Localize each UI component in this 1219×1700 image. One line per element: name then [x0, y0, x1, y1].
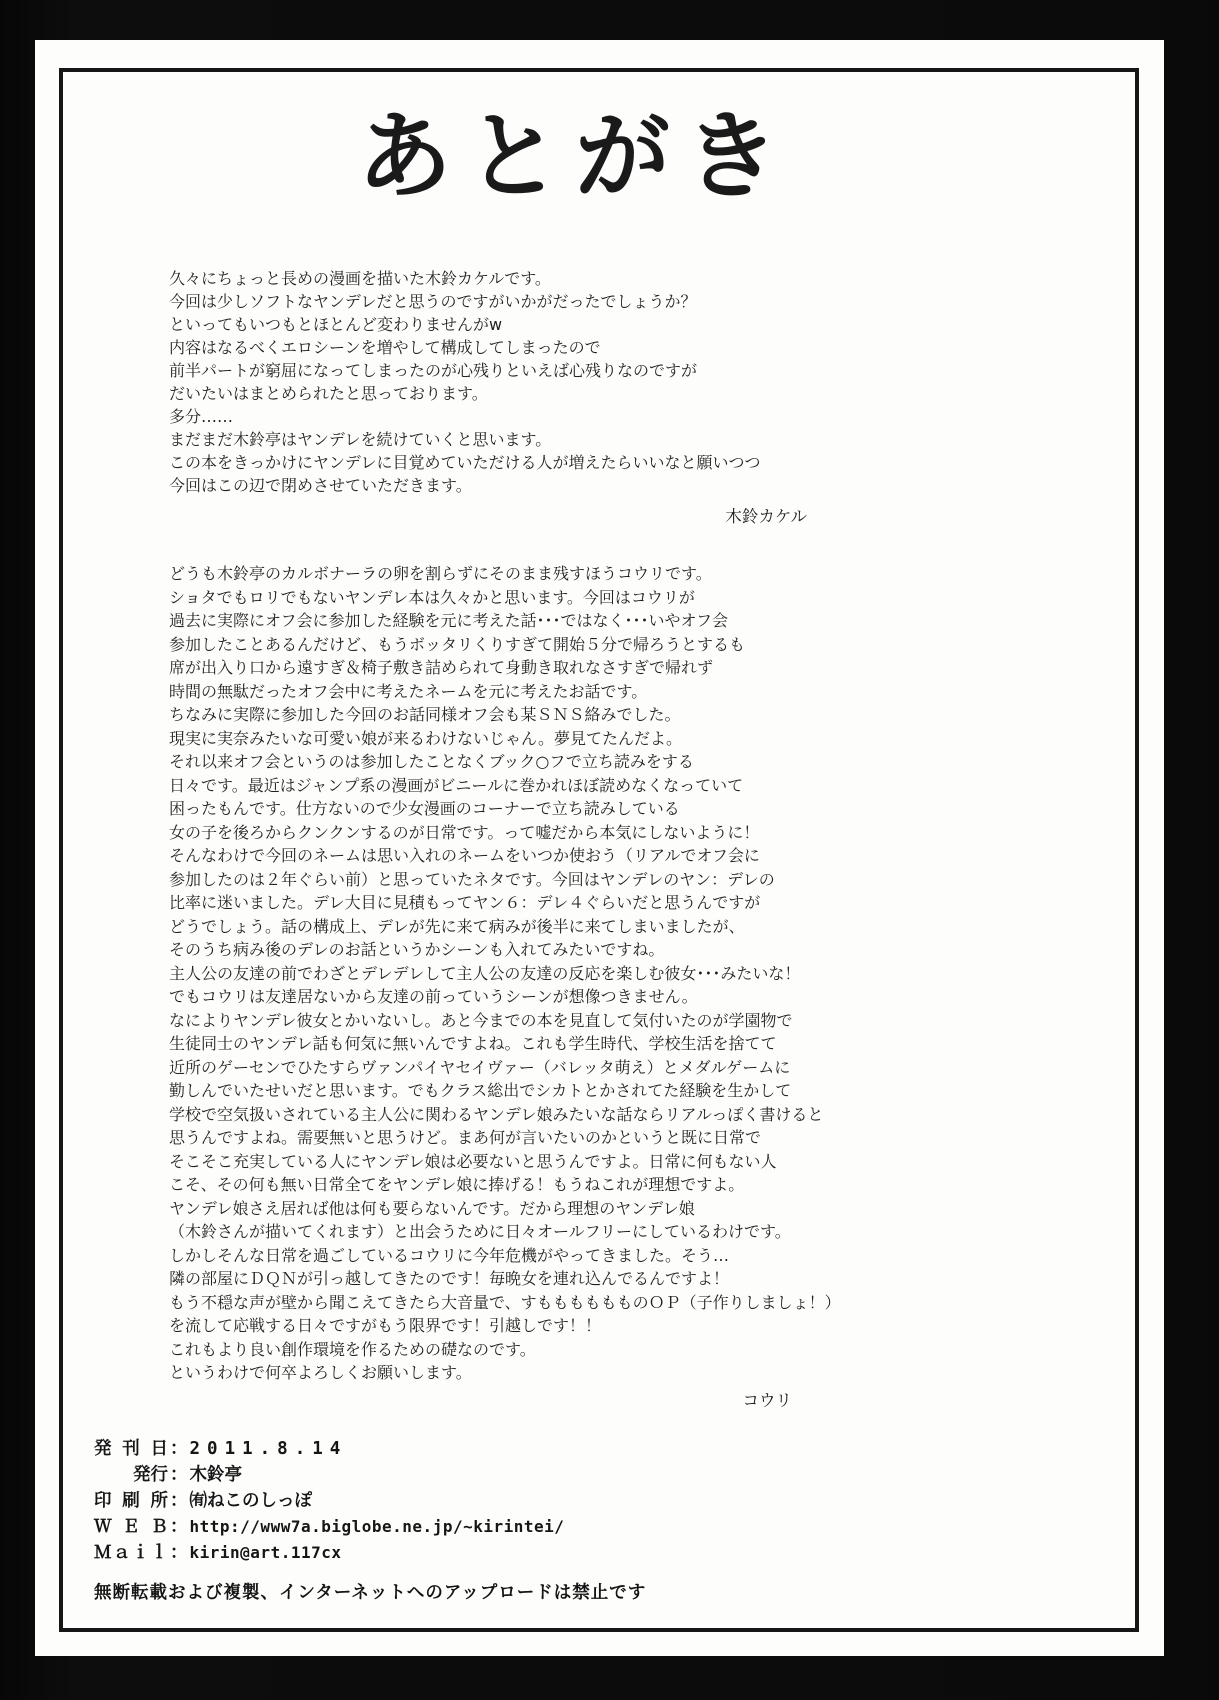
- text-line: それ以来オフ会というのは参加したことなくブック○フで立ち読みをする: [169, 750, 1095, 774]
- copyright-notice: 無断転載および複製、インターネットへのアップロードは禁止です: [63, 1579, 1135, 1604]
- publication-label: 発刊日: [94, 1436, 168, 1462]
- text-line: まだまだ木鈴亭はヤンデレを続けていくと思います。: [169, 428, 1095, 451]
- paper: あとがき 久々にちょっと長めの漫画を描いた木鈴カケルです。今回は少しソフトなヤン…: [35, 40, 1164, 1656]
- text-line: 席が出入り口から遠すぎ＆椅子敷き詰められて身動き取れなさすぎで帰れず: [169, 656, 1095, 680]
- text-line: でもコウリは友達居ないから友達の前っていうシーンが想像つきません。: [169, 985, 1095, 1009]
- publication-separator: ：: [168, 1540, 190, 1566]
- text-line: 久々にちょっと長めの漫画を描いた木鈴カケルです。: [169, 267, 1095, 290]
- text-line: 日々です。最近はジャンプ系の漫画がビニールに巻かれほぼ読めなくなっていて: [169, 774, 1095, 798]
- text-line: 困ったもんです。仕方ないので少女漫画のコーナーで立ち読みしている: [169, 797, 1095, 821]
- text-line: 近所のゲーセンでひたすらヴァンパイヤセイヴァー（バレッタ萌え）とメダルゲームに: [169, 1056, 1095, 1080]
- text-line: どうでしょう。話の構成上、デレが先に来て病みが後半に来てしまいましたが、: [169, 915, 1095, 939]
- text-line: これもより良い創作環境を作るための礎なのです。: [169, 1338, 1095, 1362]
- text-line: なによりヤンデレ彼女とかいないし。あと今までの本を見直して気付いたのが学園物で: [169, 1009, 1095, 1033]
- publication-value: 木鈴亭: [190, 1465, 243, 1485]
- text-line: しかしそんな日常を過ごしているコウリに今年危機がやってきました。そう…: [169, 1244, 1095, 1268]
- text-line: （木鈴さんが描いてくれます）と出会うために日々オールフリーにしているわけです。: [169, 1220, 1095, 1244]
- text-line: 今回は少しソフトなヤンデレだと思うのですがいかがだったでしょうか？: [169, 290, 1095, 313]
- text-line: 学校で空気扱いされている主人公に関わるヤンデレ娘みたいな話ならリアルっぽく書ける…: [169, 1103, 1095, 1127]
- publication-row: Ｍａｉｌ：kirin@art.117cx: [94, 1540, 1135, 1566]
- text-line: そんなわけで今回のネームは思い入れのネームをいつか使おう（リアルでオフ会に: [169, 844, 1095, 868]
- text-line: ヤンデレ娘さえ居れば他は何も要らないんです。だから理想のヤンデレ娘: [169, 1197, 1095, 1221]
- text-line: 隣の部屋にＤＱＮが引っ越してきたのです！毎晩女を連れ込んでるんですよ！: [169, 1267, 1095, 1291]
- publication-value: http://www7a.biglobe.ne.jp/~kirintei/: [190, 1517, 565, 1536]
- text-line: 比率に迷いました。デレ大目に見積もってヤン６：デレ４ぐらいだと思うんですが: [169, 891, 1095, 915]
- publication-row: 印刷所：㈲ねこのしっぽ: [94, 1488, 1135, 1514]
- afterword-paragraph-kakeru: 久々にちょっと長めの漫画を描いた木鈴カケルです。今回は少しソフトなヤンデレだと思…: [63, 267, 1135, 497]
- signature-kouri: コウリ: [63, 1389, 1135, 1412]
- text-line: 時間の無駄だったオフ会中に考えたネームを元に考えたお話です。: [169, 680, 1095, 704]
- text-line: といってもいつもとほとんど変わりませんがw: [169, 313, 1095, 336]
- text-line: 女の子を後ろからクンクンするのが日常です。って嘘だから本気にしないように！: [169, 821, 1095, 845]
- text-line: というわけで何卒よろしくお願いします。: [169, 1361, 1095, 1385]
- text-line: そこそこ充実している人にヤンデレ娘は必要ないと思うんですよ。日常に何もない人: [169, 1150, 1095, 1174]
- text-line: 生徒同士のヤンデレ話も何気に無いんですよね。これも学生時代、学校生活を捨てて: [169, 1032, 1095, 1056]
- publication-label: 印刷所: [94, 1488, 168, 1514]
- text-line: ショタでもロリでもないヤンデレ本は久々かと思います。今回はコウリが: [169, 586, 1095, 610]
- publication-value: 2011.8.14: [190, 1439, 348, 1459]
- publication-label: Ｍａｉｌ: [94, 1540, 168, 1566]
- scanned-page-background: あとがき 久々にちょっと長めの漫画を描いた木鈴カケルです。今回は少しソフトなヤン…: [0, 0, 1219, 1700]
- publication-value: kirin@art.117cx: [190, 1543, 342, 1562]
- text-line: だいたいはまとめられたと思っております。: [169, 382, 1095, 405]
- text-line: を流して応戦する日々ですがもう限界です！引越しです！！: [169, 1314, 1095, 1338]
- page-frame-border: あとがき 久々にちょっと長めの漫画を描いた木鈴カケルです。今回は少しソフトなヤン…: [59, 68, 1139, 1632]
- publication-info: 発刊日：2011.8.14発行：木鈴亭印刷所：㈲ねこのしっぽＷＥＢ：http:/…: [63, 1436, 1135, 1566]
- publication-separator: ：: [168, 1488, 190, 1514]
- text-line: こそ、その何も無い日常全てをヤンデレ娘に捧げる！もうねこれが理想ですよ。: [169, 1173, 1095, 1197]
- text-line: 参加したことあるんだけど、もうボッタリくりすぎて開始５分で帰ろうとするも: [169, 633, 1095, 657]
- publication-label: ＷＥＢ: [94, 1514, 168, 1540]
- publication-separator: ：: [168, 1462, 190, 1488]
- page-title: あとがき: [39, 100, 1111, 215]
- text-line: 参加したのは２年ぐらい前）と思っていたネタです。今回はヤンデレのヤン：デレの: [169, 868, 1095, 892]
- text-line: 今回はこの辺で閉めさせていただきます。: [169, 474, 1095, 497]
- text-line: 前半パートが窮屈になってしまったのが心残りといえば心残りなのですが: [169, 359, 1095, 382]
- screenshot-root: { "page": { "colors": { "scan_background…: [0, 0, 1219, 1700]
- text-line: そのうち病み後のデレのお話というかシーンも入れてみたいですね。: [169, 938, 1095, 962]
- signature-kakeru: 木鈴カケル: [63, 505, 1135, 528]
- publication-separator: ：: [168, 1436, 190, 1462]
- text-line: ちなみに実際に参加した今回のお話同様オフ会も某ＳＮＳ絡みでした。: [169, 703, 1095, 727]
- text-line: 多分……: [169, 405, 1095, 428]
- publication-label: 発行: [94, 1462, 168, 1488]
- text-line: どうも木鈴亭のカルボナーラの卵を割らずにそのまま残すほうコウリです。: [169, 562, 1095, 586]
- text-line: 勤しんでいたせいだと思います。でもクラス総出でシカトとかされてた経験を生かして: [169, 1079, 1095, 1103]
- text-line: 内容はなるべくエロシーンを増やして構成してしまったので: [169, 336, 1095, 359]
- text-line: 過去に実際にオフ会に参加した経験を元に考えた話･･･ではなく･･･いやオフ会: [169, 609, 1095, 633]
- publication-row: ＷＥＢ：http://www7a.biglobe.ne.jp/~kirintei…: [94, 1514, 1135, 1540]
- text-line: 現実に実奈みたいな可愛い娘が来るわけないじゃん。夢見てたんだよ。: [169, 727, 1095, 751]
- text-line: 思うんですよね。需要無いと思うけど。まあ何が言いたいのかというと既に日常で: [169, 1126, 1095, 1150]
- publication-row: 発行：木鈴亭: [94, 1462, 1135, 1488]
- publication-row: 発刊日：2011.8.14: [94, 1436, 1135, 1462]
- publication-value: ㈲ねこのしっぽ: [190, 1491, 313, 1511]
- text-line: もう不穏な声が壁から聞こえてきたら大音量で、すもももももものＯＰ（子作りしましょ…: [169, 1291, 1095, 1315]
- text-line: この本をきっかけにヤンデレに目覚めていただける人が増えたらいいなと願いつつ: [169, 451, 1095, 474]
- afterword-paragraph-kouri: どうも木鈴亭のカルボナーラの卵を割らずにそのまま残すほうコウリです。ショタでもロ…: [63, 562, 1135, 1385]
- publication-separator: ：: [168, 1514, 190, 1540]
- text-line: 主人公の友達の前でわざとデレデレして主人公の友達の反応を楽しむ彼女･･･みたいな…: [169, 962, 1095, 986]
